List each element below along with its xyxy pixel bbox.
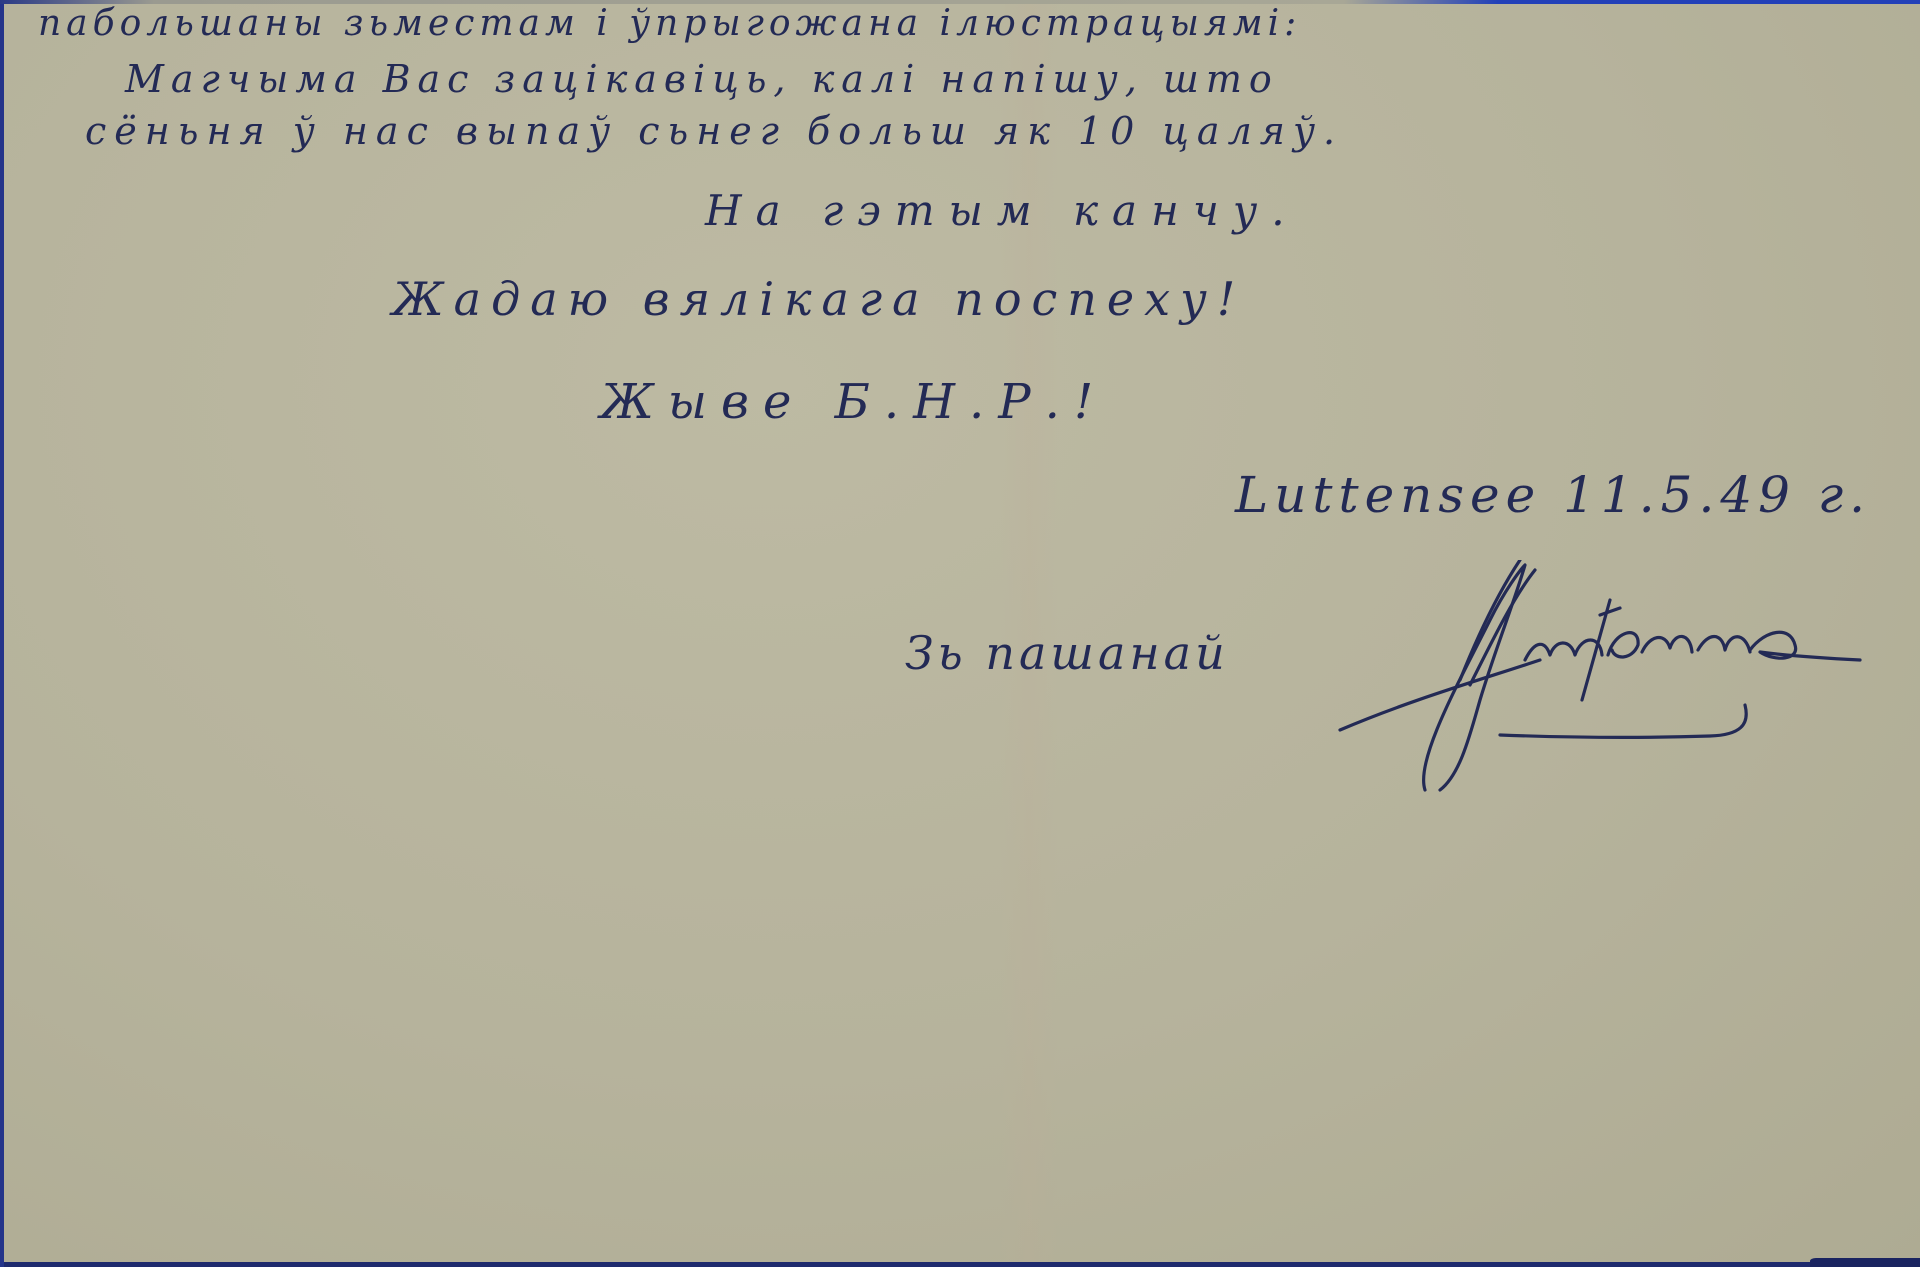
letter-sign-off: Зь пашанай <box>905 630 1229 676</box>
letter-place-date: Luttensee 11.5.49 г. <box>1235 470 1871 520</box>
letter-body-line-3: сёньня ў нас выпаў сьнег больш як 10 цал… <box>85 112 1343 150</box>
letter-closing-line: На гэтым канчу. <box>705 190 1299 232</box>
background-corner <box>1810 1258 1920 1267</box>
letter-wish-line: Жадаю вялікага поспеху! <box>392 276 1245 322</box>
letter-body-line-2: Магчыма Вас зацікавіць, калі напішу, што <box>125 60 1279 98</box>
letter-body-line-1: пабольшаны зьместам і ўпрыгожана ілюстра… <box>38 6 1301 42</box>
letter-slogan-line: Жыве Б.Н.Р.! <box>600 378 1107 426</box>
signature-flourish-icon <box>1320 560 1880 800</box>
